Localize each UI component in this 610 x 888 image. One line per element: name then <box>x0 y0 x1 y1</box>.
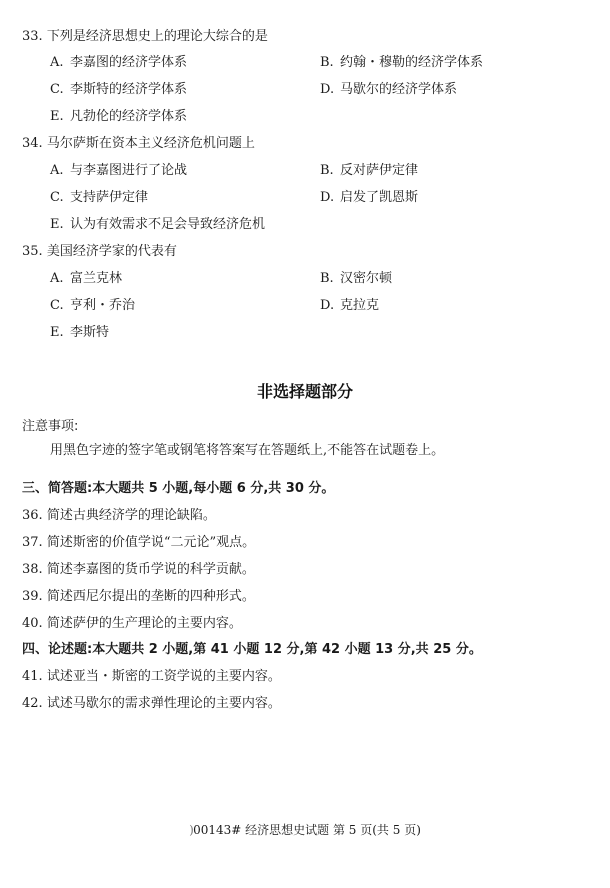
option-34-b: B.反对萨伊定律 <box>320 162 418 180</box>
option-34-d: D.启发了凯恩斯 <box>320 189 418 207</box>
option-33-e: E.凡勃伦的经济学体系 <box>50 108 187 126</box>
question-37: 37. 简述斯密的价值学说“二元论”观点。 <box>22 534 255 552</box>
part-title: 非选择题部分 <box>0 381 610 403</box>
notice-text: 用黑色字迹的签字笔或钢笔将答案写在答题纸上,不能答在试题卷上。 <box>50 442 444 460</box>
option-33-a: A.李嘉图的经济学体系 <box>50 54 187 72</box>
option-34-e: E.认为有效需求不足会导致经济危机 <box>50 216 265 234</box>
footer-text: 经济思想史试题 第 5 页(共 5 页) <box>245 823 421 837</box>
option-35-e: E.李斯特 <box>50 324 109 342</box>
exam-code: 00143# <box>193 823 241 837</box>
option-35-a: A.富兰克林 <box>50 270 122 288</box>
option-33-d: D.马歇尔的经济学体系 <box>320 81 457 99</box>
question-42: 42. 试述马歇尔的需求弹性理论的主要内容。 <box>22 695 281 713</box>
question-39: 39. 简述西尼尔提出的垄断的四种形式。 <box>22 588 255 606</box>
option-33-c: C.李斯特的经济学体系 <box>50 81 187 99</box>
page-footer: )00143# 经济思想史试题 第 5 页(共 5 页) <box>0 822 610 838</box>
question-number: 35. <box>22 243 43 261</box>
question-36: 36. 简述古典经济学的理论缺陷。 <box>22 507 216 525</box>
question-stem: 马尔萨斯在资本主义经济危机问题上 <box>47 136 255 151</box>
notice-heading: 注意事项: <box>22 418 78 436</box>
option-33-b: B.约翰・穆勒的经济学体系 <box>320 54 483 72</box>
question-33-stem: 33. 下列是经济思想史上的理论大综合的是 <box>22 28 268 46</box>
option-34-a: A.与李嘉图进行了论战 <box>50 162 187 180</box>
question-40: 40. 简述萨伊的生产理论的主要内容。 <box>22 615 242 633</box>
section-3-heading: 三、简答题:本大题共 5 小题,每小题 6 分,共 30 分。 <box>22 480 334 498</box>
question-stem: 美国经济学家的代表有 <box>47 244 177 259</box>
section-4-heading: 四、论述题:本大题共 2 小题,第 41 小题 12 分,第 42 小题 13 … <box>22 641 482 659</box>
question-41: 41. 试述亚当・斯密的工资学说的主要内容。 <box>22 668 281 686</box>
question-38: 38. 简述李嘉图的货币学说的科学贡献。 <box>22 561 255 579</box>
option-35-c: C.亨利・乔治 <box>50 297 135 315</box>
question-number: 34. <box>22 135 43 153</box>
question-35-stem: 35. 美国经济学家的代表有 <box>22 243 177 261</box>
option-35-b: B.汉密尔顿 <box>320 270 392 288</box>
option-34-c: C.支持萨伊定律 <box>50 189 148 207</box>
question-number: 33. <box>22 28 43 46</box>
question-stem: 下列是经济思想史上的理论大综合的是 <box>47 29 268 44</box>
option-35-d: D.克拉克 <box>320 297 379 315</box>
question-34-stem: 34. 马尔萨斯在资本主义经济危机问题上 <box>22 135 255 153</box>
